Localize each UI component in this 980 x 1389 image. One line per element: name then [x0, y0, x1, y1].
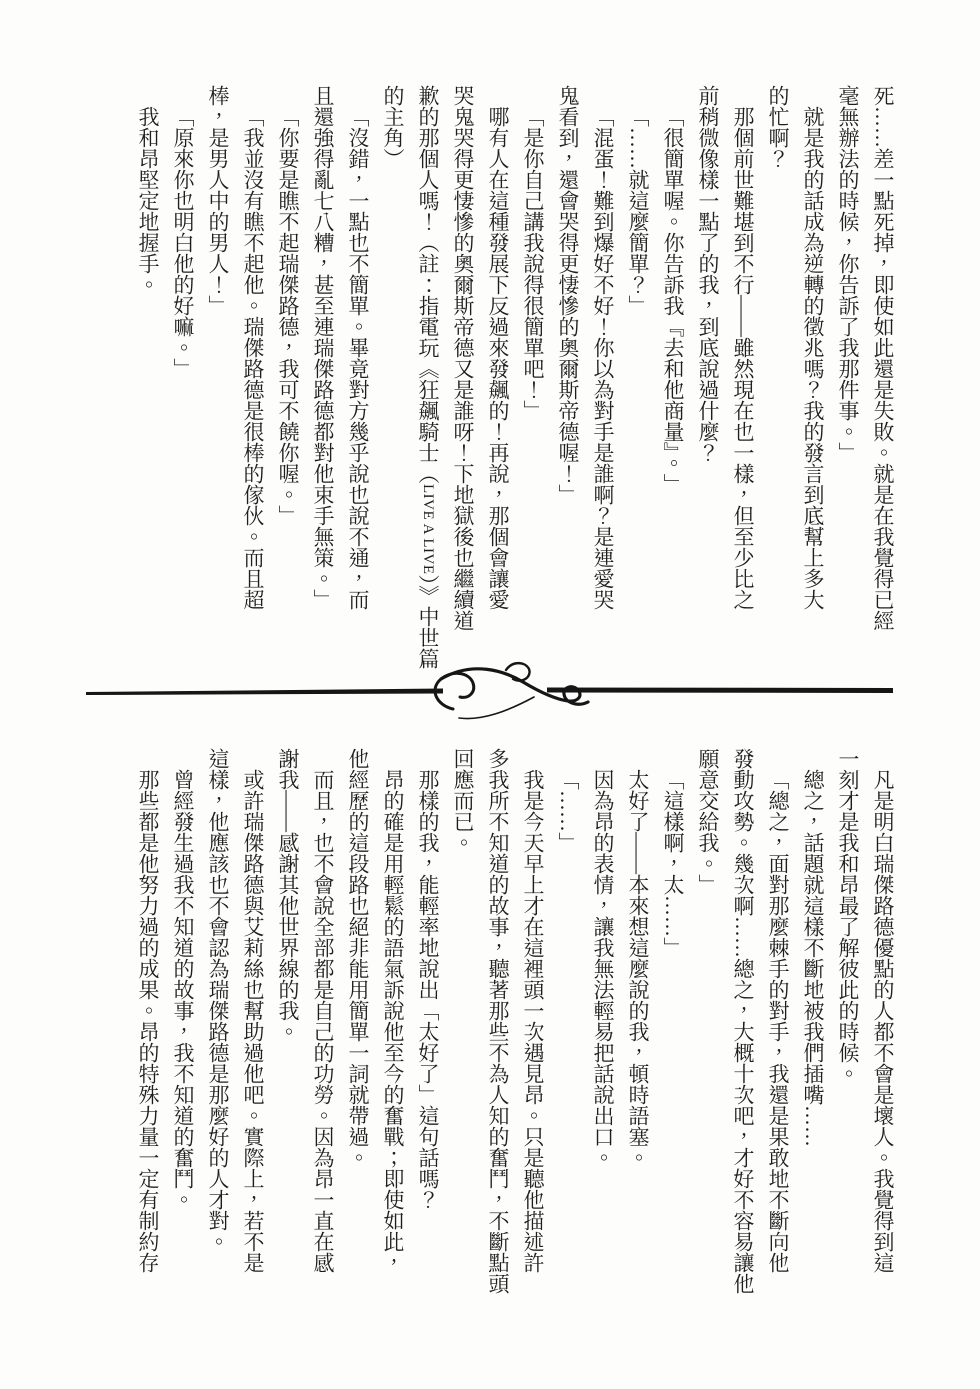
- text-column: 哪有人在這種發展下反過來發飆的！再說，那個會讓愛: [480, 85, 515, 685]
- text-column: 我是今天早上才在這裡頭一次遇見昂。只是聽他描述許: [515, 748, 550, 1348]
- text-column: 總之，話題就這樣不斷地被我們插嘴……: [795, 748, 830, 1348]
- text-column: 「總之，面對那麼棘手的對手，我還是果敢地不斷向他: [760, 748, 795, 1348]
- text-column: 「沒錯，一點也不簡單。畢竟對方幾乎說也說不通，而: [340, 85, 375, 685]
- text-column: 願意交給我。」: [690, 748, 725, 1348]
- text-column: 那些都是他努力過的成果。昂的特殊力量一定有制約存: [130, 748, 165, 1348]
- text-column: 歉的那個人嗎！（註：指電玩《狂飆騎士（LIVE A LIVE）》中世篇: [410, 85, 445, 685]
- text-column: 「我並沒有瞧不起他。瑞傑路德是很棒的傢伙。而且超: [235, 85, 270, 685]
- divider-right-rule: [547, 688, 893, 694]
- text-column: 或許瑞傑路德與艾莉絲也幫助過他吧。實際上，若不是: [235, 748, 270, 1348]
- text-column: 的忙啊？: [760, 85, 795, 685]
- text-column: 「……」: [550, 748, 585, 1348]
- flourish-divider-icon: [0, 635, 980, 750]
- flourish-swirl: [435, 663, 588, 718]
- text-column: 昂的確是用輕鬆的語氣訴說他至今的奮戰；即使如此，: [375, 748, 410, 1348]
- text-column: 「混蛋！難到爆好不好！你以為對手是誰啊？是連愛哭: [585, 85, 620, 685]
- text-column: 曾經發生過我不知道的故事，我不知道的奮鬥。: [165, 748, 200, 1348]
- text-column: 回應而已。: [445, 748, 480, 1348]
- text-column: 一刻才是我和昂最了解彼此的時候。: [830, 748, 865, 1348]
- text-column: 且還強得亂七八糟，甚至連瑞傑路德都對他束手無策。」: [305, 85, 340, 685]
- text-column: 前稍微像樣一點了的我，到底說過什麼？: [690, 85, 725, 685]
- text-column: 「這樣啊，太……」: [655, 748, 690, 1348]
- text-column: 多我所不知道的故事，聽著那些不為人知的奮鬥，不斷點頭: [480, 748, 515, 1348]
- bottom-text-block: 凡是明白瑞傑路德優點的人都不會是壞人。我覺得到這一刻才是我和昂最了解彼此的時候。…: [128, 748, 900, 1348]
- text-column: 發動攻勢。幾次啊……總之，大概十次吧，才好不容易讓他: [725, 748, 760, 1348]
- divider-left-rule: [86, 689, 443, 696]
- text-column: 「是你自己講我說得很簡單吧！」: [515, 85, 550, 685]
- text-column: 那個前世難堪到不行——雖然現在也一樣，但至少比之: [725, 85, 760, 685]
- top-text-block: 死……差一點死掉，即使如此還是失敗。就是在我覺得已經毫無辦法的時候，你告訴了我那…: [128, 85, 900, 685]
- text-column: 謝我——感謝其他世界線的我。: [270, 748, 305, 1348]
- text-column: 這樣，他應該也不會認為瑞傑路德是那麼好的人才對。: [200, 748, 235, 1348]
- text-column: 我和昂堅定地握手。: [130, 85, 165, 685]
- latin-run: LIVE A LIVE: [420, 484, 436, 574]
- text-column: 「你要是瞧不起瑞傑路德，我可不饒你喔。」: [270, 85, 305, 685]
- text-column: 太好了——本來想這麼說的我，頓時語塞。: [620, 748, 655, 1348]
- text-column: 哭鬼哭得更悽慘的奧爾斯帝德又是誰呀！下地獄後也繼續道: [445, 85, 480, 685]
- text-column: 鬼看到，還會哭得更悽慘的奧爾斯帝德喔！」: [550, 85, 585, 685]
- text-column: 「很簡單喔。你告訴我『去和他商量』。」: [655, 85, 690, 685]
- text-column: 他經歷的這段路也絕非能用簡單一詞就帶過。: [340, 748, 375, 1348]
- section-divider: [0, 635, 980, 750]
- text-column: 凡是明白瑞傑路德優點的人都不會是壞人。我覺得到這: [865, 748, 900, 1348]
- text-column: 就是我的話成為逆轉的徵兆嗎？我的發言到底幫上多大: [795, 85, 830, 685]
- text-column: 死……差一點死掉，即使如此還是失敗。就是在我覺得已經: [865, 85, 900, 685]
- text-column: 而且，也不會說全部都是自己的功勞。因為昂一直在感: [305, 748, 340, 1348]
- text-column: 棒，是男人中的男人！」: [200, 85, 235, 685]
- text-column: 的主角）: [375, 85, 410, 685]
- text-column: 「原來你也明白他的好嘛。」: [165, 85, 200, 685]
- text-column: 毫無辦法的時候，你告訴了我那件事。」: [830, 85, 865, 685]
- text-column: 因為昂的表情，讓我無法輕易把話說出口。: [585, 748, 620, 1348]
- book-page: 死……差一點死掉，即使如此還是失敗。就是在我覺得已經毫無辦法的時候，你告訴了我那…: [0, 0, 980, 1389]
- text-column: 那樣的我，能輕率地說出「太好了」這句話嗎？: [410, 748, 445, 1348]
- text-column: 「……就這麼簡單？」: [620, 85, 655, 685]
